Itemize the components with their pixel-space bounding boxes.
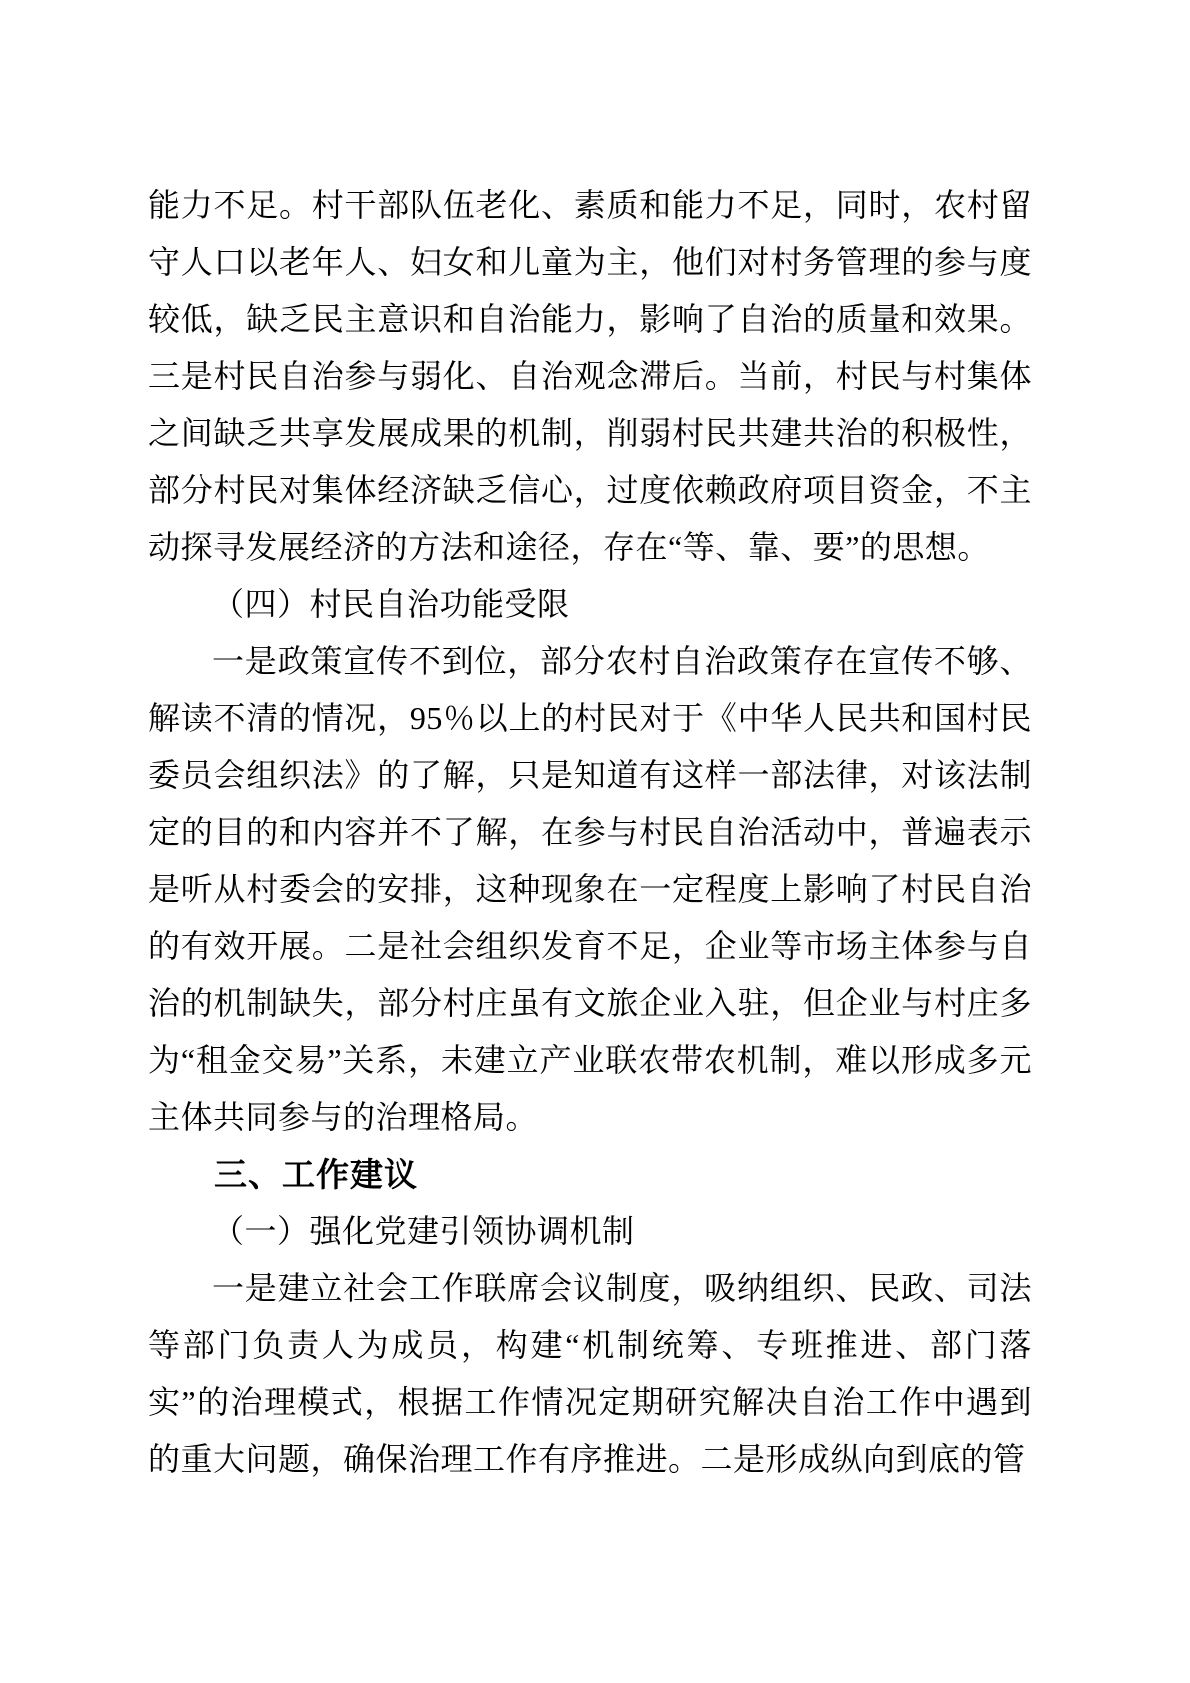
paragraph-continuation: 能力不足。村干部队伍老化、素质和能力不足，同时，农村留守人口以老年人、妇女和儿童… (148, 177, 1032, 576)
section-heading-work-suggestions: 三、工作建议 (148, 1146, 1032, 1203)
paragraph-body: 一是政策宣传不到位，部分农村自治政策存在宣传不够、解读不清的情况，95％以上的村… (148, 633, 1032, 1146)
paragraph-body: 一是建立社会工作联席会议制度，吸纳组织、民政、司法等部门负责人为成员，构建“机制… (148, 1260, 1032, 1488)
sub-heading-section-four: （四）村民自治功能受限 (148, 576, 1032, 633)
sub-heading-section-one: （一）强化党建引领协调机制 (148, 1203, 1032, 1260)
document-page: 能力不足。村干部队伍老化、素质和能力不足，同时，农村留守人口以老年人、妇女和儿童… (148, 177, 1032, 1488)
